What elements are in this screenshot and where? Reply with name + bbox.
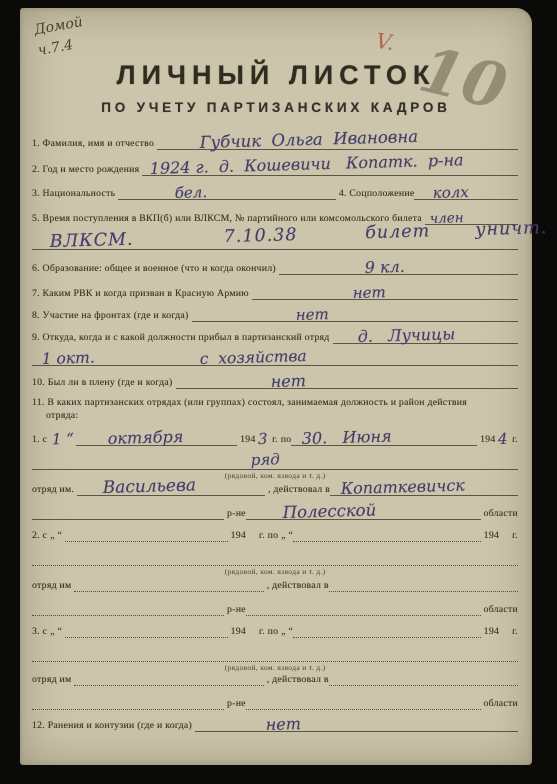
field-arrival-label: 9. Откуда, когда и с какой должности при… xyxy=(32,332,333,344)
entry3-acted-label: , действовал в xyxy=(264,674,329,686)
entry2-acted-line xyxy=(329,576,518,592)
entry2-year1: 194 xyxy=(228,530,246,542)
field-social-value: колх xyxy=(433,183,469,202)
entry1-acted-line: Копаткевичск xyxy=(330,480,518,496)
entry3-role-line: (рядовой, ком. взвода и т. д.) xyxy=(32,646,518,662)
field-party-line2: ВЛКСМ. 7.10.38 билет уничт. xyxy=(32,232,518,250)
entry2-unit-row: отряд им , действовал в xyxy=(32,574,518,592)
entry2-mid: г. по xyxy=(256,530,278,542)
field-arrival-line: д. Лучицы xyxy=(333,328,519,344)
entry1-from-month: октября xyxy=(108,427,184,448)
entry1-to-line: 30. Июня xyxy=(291,430,477,446)
field-fronts-line: нет xyxy=(192,306,518,322)
form-title: ЛИЧНЫЙ ЛИСТОК xyxy=(20,60,532,91)
field-fronts-value: нет xyxy=(295,305,328,324)
field-wounds-value: нет xyxy=(266,714,302,734)
entry1-oblast-label: области xyxy=(481,508,519,520)
field-surname-value: Губчик Ольга Ивановна xyxy=(200,127,419,152)
field-wounds-label: 12. Ранения и контузии (где и когда) xyxy=(32,720,195,732)
entry1-region-line: Полесской xyxy=(246,504,481,520)
entry1-region-pre-line xyxy=(32,504,224,520)
field-education: 6. Образование: общее и военное (что и к… xyxy=(32,257,518,275)
entry3-date-row: 3. с „ “ 194 г. по „ “ 194 г. xyxy=(32,620,518,638)
entry3-region-pre-line xyxy=(32,694,224,710)
field-nationality-line: бел. xyxy=(118,184,335,200)
entry2-region-label: р-не xyxy=(224,604,246,616)
entry1-year2: 194 xyxy=(477,434,495,446)
entry1-mid: г. по xyxy=(269,434,291,446)
entry2-role-row: (рядовой, ком. взвода и т. д.) xyxy=(32,548,518,566)
field-education-line: 9 кл. xyxy=(279,259,518,275)
field-nationality-label: 3. Национальность xyxy=(32,188,118,200)
field-rvk: 7. Каким РВК и когда призван в Красную А… xyxy=(32,282,518,300)
entry1-prefix: 1. с xyxy=(32,434,50,446)
field-education-value: 9 кл. xyxy=(364,257,405,277)
field-arrival-value2b: с хозяйства xyxy=(199,347,306,368)
entry3-unit-label: отряд им xyxy=(32,674,74,686)
entry2-region-pre-line xyxy=(32,600,224,616)
field-surname-label: 1. Фамилия, имя и отчество xyxy=(32,138,157,150)
entry3-region-line xyxy=(246,694,481,710)
entry1-from-line: октября xyxy=(76,430,237,446)
field-rvk-label: 7. Каким РВК и когда призван в Красную А… xyxy=(32,288,252,300)
entry1-suffix: г. xyxy=(509,434,518,446)
entry2-role-line: (рядовой, ком. взвода и т. д.) xyxy=(32,550,518,566)
entry1-acted-value: Копаткевичск xyxy=(341,476,466,498)
entry3-from-line xyxy=(65,622,228,638)
field-wounds-line: нет xyxy=(195,716,518,732)
entry3-year1: 194 xyxy=(228,626,246,638)
entry2-to-quotes: „ “ xyxy=(278,530,293,542)
field-rvk-line: нет xyxy=(252,284,518,300)
entry1-role-value: ряд xyxy=(250,450,280,469)
entry1-unit-value: Васильева xyxy=(103,475,197,498)
entry2-year2: 194 xyxy=(481,530,499,542)
field-arrival-value2a: 1 окт. xyxy=(41,349,94,368)
field-units-heading-line2: отряда: xyxy=(32,409,518,422)
scanned-document: Домой ч.7.4 V. 10 ЛИЧНЫЙ ЛИСТОК ПО УЧЕТУ… xyxy=(0,0,557,784)
entry3-region-label: р-не xyxy=(224,698,246,710)
entry2-from-line xyxy=(65,526,228,542)
entry1-region-value: Полесской xyxy=(283,500,377,522)
entry2-suffix: г. xyxy=(509,530,518,542)
field-fronts-label: 8. Участие на фронтах (где и когда) xyxy=(32,310,192,322)
entry3-oblast-label: области xyxy=(481,698,519,710)
form-subtitle: ПО УЧЕТУ ПАРТИЗАНСКИХ КАДРОВ xyxy=(20,100,532,115)
field-units-heading: 11. В каких партизанских отрядах (или гр… xyxy=(32,396,518,422)
entry1-year1-digit: 3 xyxy=(255,430,269,448)
field-arrival-line2: 1 окт. с хозяйства xyxy=(32,348,518,366)
entry1-unit-row: отряд им. Васильева , действовал в Копат… xyxy=(32,478,518,496)
field-birth: 2. Год и место рождения 1924 г. д. Кошев… xyxy=(32,158,518,176)
entry1-unit-line: Васильева xyxy=(77,480,265,496)
entry3-prefix: 3. с xyxy=(32,626,50,638)
field-captivity-label: 10. Был ли в плену (где и когда) xyxy=(32,377,176,389)
entry3-role-row: (рядовой, ком. взвода и т. д.) xyxy=(32,644,518,662)
entry2-unit-label: отряд им xyxy=(32,580,74,592)
field-units-heading-line1: 11. В каких партизанских отрядах (или гр… xyxy=(32,397,467,408)
field-birth-value: 1924 г. д. Кошевичи Копатк. р-на xyxy=(149,150,463,178)
entry3-unit-line xyxy=(74,670,263,686)
form-paper: Домой ч.7.4 V. 10 ЛИЧНЫЙ ЛИСТОК ПО УЧЕТУ… xyxy=(20,8,532,765)
entry1-to-value: 30. Июня xyxy=(302,426,392,448)
entry2-region-line xyxy=(246,600,481,616)
entry3-to-line xyxy=(293,622,481,638)
field-surname-line: Губчик Ольга Ивановна xyxy=(157,134,518,150)
field-birth-line: 1924 г. д. Кошевичи Копатк. р-на xyxy=(142,160,518,176)
entry2-region-row: р-не области xyxy=(32,598,518,616)
entry2-date-row: 2. с „ “ 194 г. по „ “ 194 г. xyxy=(32,524,518,542)
field-captivity: 10. Был ли в плену (где и когда) нет xyxy=(32,371,518,389)
entry3-to-quotes: „ “ xyxy=(278,626,293,638)
entry3-region-row: р-не области xyxy=(32,692,518,710)
entry2-to-line xyxy=(293,526,481,542)
entry1-region-row: р-не Полесской области xyxy=(32,502,518,520)
field-social-line: колх xyxy=(414,184,518,200)
field-arrival-value: д. Лучицы xyxy=(358,324,456,346)
entry1-year1: 194 xyxy=(237,434,255,446)
entry2-day-quotes: „ “ xyxy=(50,530,65,542)
entry1-day: 1 “ xyxy=(50,430,77,449)
field-birth-label: 2. Год и место рождения xyxy=(32,164,142,176)
entry3-year2: 194 xyxy=(481,626,499,638)
entry1-acted-label: , действовал в xyxy=(265,484,330,496)
field-nationality-value: бел. xyxy=(174,183,207,202)
field-nationality-social: 3. Национальность бел. 4. Соцположение к… xyxy=(32,182,518,200)
entry2-unit-line xyxy=(74,576,263,592)
field-arrival: 9. Откуда, когда и с какой должности при… xyxy=(32,326,518,344)
field-social-label: 4. Соцположение xyxy=(336,188,415,200)
field-captivity-line: нет xyxy=(176,373,518,389)
entry1-role-line: ряд (рядовой, ком. взвода и т. д.) xyxy=(32,454,518,470)
entry2-acted-label: , действовал в xyxy=(264,580,329,592)
entry1-region-label: р-не xyxy=(224,508,246,520)
entry1-unit-label: отряд им. xyxy=(32,484,77,496)
entry3-mid: г. по xyxy=(256,626,278,638)
entry2-oblast-label: области xyxy=(481,604,519,616)
field-education-label: 6. Образование: общее и военное (что и к… xyxy=(32,263,279,275)
field-rvk-value: нет xyxy=(352,283,385,302)
red-check-mark: V. xyxy=(374,29,395,55)
entry3-day-quotes: „ “ xyxy=(50,626,65,638)
field-wounds: 12. Ранения и контузии (где и когда) нет xyxy=(32,714,518,732)
entry1-date-row: 1. с 1 “ октября 194 3 г. по 30. Июня 19… xyxy=(32,428,518,446)
entry3-unit-row: отряд им , действовал в xyxy=(32,668,518,686)
field-captivity-value: нет xyxy=(271,371,307,391)
entry3-acted-line xyxy=(329,670,518,686)
entry1-role-row: ряд (рядовой, ком. взвода и т. д.) xyxy=(32,452,518,470)
entry1-year2-digit: 4 xyxy=(495,430,509,448)
field-arrival-line2-rule: 1 окт. с хозяйства xyxy=(32,350,518,366)
entry3-suffix: г. xyxy=(509,626,518,638)
field-surname: 1. Фамилия, имя и отчество Губчик Ольга … xyxy=(32,132,518,150)
field-fronts: 8. Участие на фронтах (где и когда) нет xyxy=(32,304,518,322)
entry2-prefix: 2. с xyxy=(32,530,50,542)
field-party-line2-rule: ВЛКСМ. 7.10.38 билет уничт. xyxy=(32,234,518,250)
handwritten-corner-note: Домой ч.7.4 xyxy=(33,12,88,62)
